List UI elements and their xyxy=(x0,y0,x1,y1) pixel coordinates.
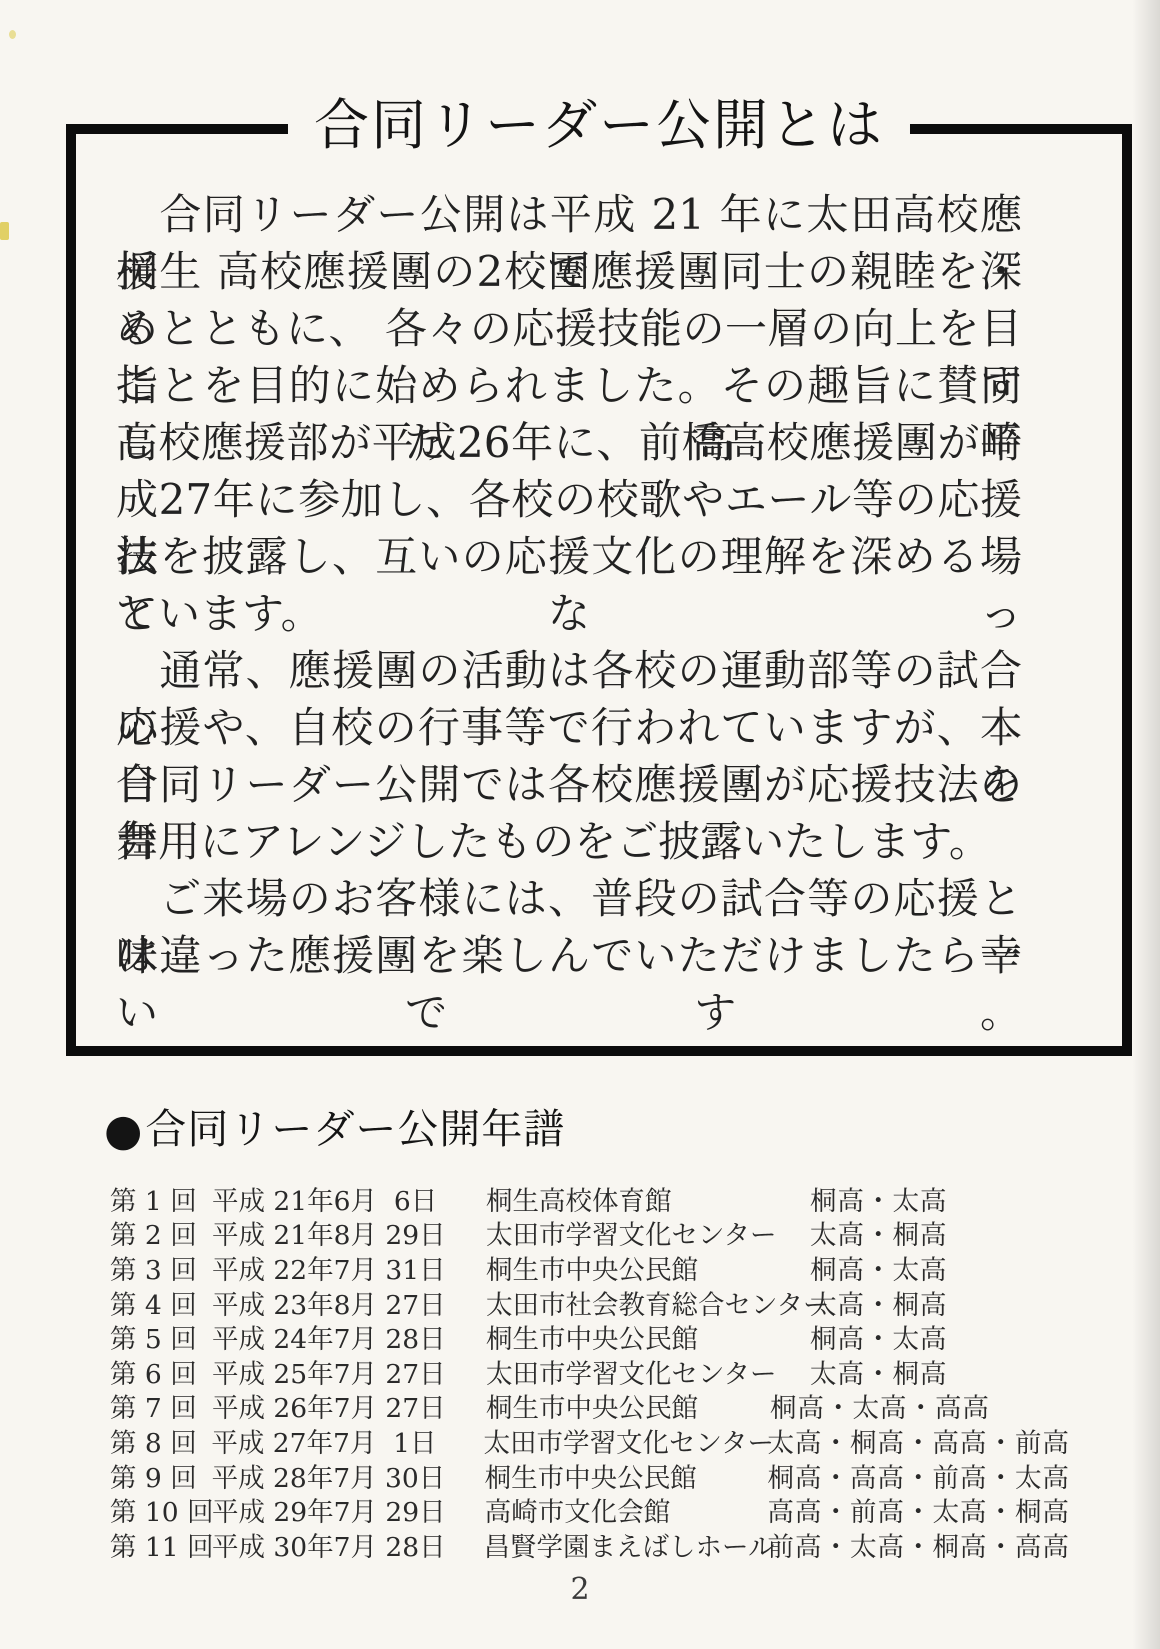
event-venue: 桐生市中央公民館 xyxy=(486,1317,770,1356)
chronology-row: 第 11 回 平成 30年7月 28日 昌賢学園まえばしホール 前高・太高・桐高… xyxy=(110,1527,1070,1562)
event-number: 第 6 回 xyxy=(110,1352,212,1391)
event-number: 第 7 回 xyxy=(110,1386,212,1425)
event-venue: 桐生高校体育館 xyxy=(486,1179,770,1218)
event-number: 第 10 回 xyxy=(110,1490,212,1529)
event-participants: 太高・桐高 xyxy=(770,1283,1070,1322)
event-date: 平成 21年6月 6日 xyxy=(212,1179,486,1218)
intro-text-line: 合同リーダー公開では各校應援團が応援技法を舞 xyxy=(116,756,1022,813)
intro-text-line: ご来場のお客様には、普段の試合等の応援とは一 xyxy=(116,870,1022,927)
event-participants: 桐高・太高 xyxy=(770,1179,1070,1218)
chronology-row: 第 8 回 平成 27年7月 1日 太田市学習文化センター 太高・桐高・高高・前… xyxy=(110,1423,1070,1458)
event-venue: 昌賢学園まえばしホール xyxy=(484,1525,768,1564)
event-date: 平成 27年7月 1日 xyxy=(211,1421,483,1460)
chronology-heading: ●合同リーダー公開年譜 xyxy=(104,1098,565,1164)
chronology-title: 合同リーダー公開年譜 xyxy=(145,1105,565,1153)
intro-box-body: 合同リーダー公開は平成 21 年に太田高校應援團・ 桐生 高校應援團の2校で應援… xyxy=(116,186,1022,984)
event-date: 平成 26年7月 27日 xyxy=(212,1386,486,1425)
document-page: 合同リーダー公開とは 合同リーダー公開は平成 21 年に太田高校應援團・ 桐生 … xyxy=(0,0,1160,1649)
intro-text-line: 高校應援部が平成26年に、前橋高校應援團が平 xyxy=(116,414,1022,471)
intro-text-line: 応援や、自校の行事等で行われていますが、本日の xyxy=(116,699,1022,756)
event-venue: 桐生市中央公民館 xyxy=(486,1386,770,1425)
event-participants: 高高・前高・太高・桐高 xyxy=(768,1490,1071,1529)
intro-text-line: 桐生 高校應援團の2校で應援團同士の親睦を深め xyxy=(116,243,1022,300)
event-participants: 太高・桐高 xyxy=(770,1352,1070,1391)
intro-text-line: 法を披露し、互いの応援文化の理解を深める場となっ xyxy=(116,528,1022,585)
event-date: 平成 30年7月 28日 xyxy=(212,1525,484,1564)
chronology-row: 第 9 回 平成 28年7月 30日 桐生市中央公民館 桐高・高高・前高・太高 xyxy=(110,1458,1070,1493)
intro-text-line: るとともに、 各々の応援技能の一層の向上を目指す xyxy=(116,300,1022,357)
event-participants: 太高・桐高 xyxy=(770,1213,1070,1252)
event-date: 平成 23年8月 27日 xyxy=(212,1283,486,1322)
event-date: 平成 22年7月 31日 xyxy=(212,1248,486,1287)
scan-edge-shadow xyxy=(1132,0,1160,1649)
event-participants: 桐高・高高・前高・太高 xyxy=(768,1456,1071,1495)
event-venue: 桐生市中央公民館 xyxy=(485,1456,768,1495)
scan-speck xyxy=(0,222,9,240)
event-venue: 太田市学習文化センター xyxy=(486,1352,770,1391)
event-date: 平成 28年7月 30日 xyxy=(212,1456,485,1495)
event-number: 第 5 回 xyxy=(110,1317,212,1356)
event-venue: 太田市社会教育総合センター xyxy=(486,1283,770,1322)
chronology-row: 第 2 回 平成 21年8月 29日 太田市学習文化センター 太高・桐高 xyxy=(110,1216,1070,1251)
chronology-row: 第 10 回 平成 29年7月 29日 高崎市文化会館 高高・前高・太高・桐高 xyxy=(110,1492,1070,1527)
event-number: 第 11 回 xyxy=(110,1525,212,1564)
scan-speck xyxy=(9,30,16,39)
intro-text-line: 合同リーダー公開は平成 21 年に太田高校應援團・ xyxy=(116,186,1022,243)
event-participants: 桐高・太高 xyxy=(770,1248,1070,1287)
event-number: 第 9 回 xyxy=(110,1456,212,1495)
chronology-row: 第 3 回 平成 22年7月 31日 桐生市中央公民館 桐高・太高 xyxy=(110,1250,1070,1285)
event-number: 第 3 回 xyxy=(110,1248,212,1287)
event-number: 第 4 回 xyxy=(110,1283,212,1322)
event-participants: 桐高・太高・高高 xyxy=(770,1386,1070,1425)
event-venue: 桐生市中央公民館 xyxy=(486,1248,770,1287)
chronology-row: 第 6 回 平成 25年7月 27日 太田市学習文化センター 太高・桐高 xyxy=(110,1354,1070,1389)
event-date: 平成 29年7月 29日 xyxy=(212,1490,485,1529)
event-date: 平成 24年7月 28日 xyxy=(212,1317,486,1356)
intro-text-line: 成27年に参加し、各校の校歌やエール等の応援技 xyxy=(116,471,1022,528)
event-venue: 太田市学習文化センター xyxy=(486,1213,770,1252)
event-number: 第 2 回 xyxy=(110,1213,212,1252)
bullet-icon: ● xyxy=(104,1105,143,1156)
intro-text-line: 味違った應援團を楽しんでいただけましたら幸いです。 xyxy=(116,927,1022,984)
event-venue: 太田市学習文化センター xyxy=(484,1421,768,1460)
event-participants: 桐高・太高 xyxy=(770,1317,1070,1356)
event-venue: 高崎市文化会館 xyxy=(485,1490,768,1529)
event-participants: 前高・太高・桐高・高高 xyxy=(768,1525,1071,1564)
intro-text-line: 通常、應援團の活動は各校の運動部等の試合の xyxy=(116,642,1022,699)
chronology-row: 第 7 回 平成 26年7月 27日 桐生市中央公民館 桐高・太高・高高 xyxy=(110,1389,1070,1424)
event-date: 平成 21年8月 29日 xyxy=(212,1213,486,1252)
chronology-list: 第 1 回 平成 21年6月 6日 桐生高校体育館 桐高・太高 第 2 回 平成… xyxy=(110,1181,1070,1562)
chronology-row: 第 4 回 平成 23年8月 27日 太田市社会教育総合センター 太高・桐高 xyxy=(110,1285,1070,1320)
event-participants: 太高・桐高・高高・前高 xyxy=(768,1421,1071,1460)
intro-box: 合同リーダー公開とは 合同リーダー公開は平成 21 年に太田高校應援團・ 桐生 … xyxy=(66,124,1132,1056)
event-number: 第 8 回 xyxy=(110,1421,211,1460)
chronology-row: 第 1 回 平成 21年6月 6日 桐生高校体育館 桐高・太高 xyxy=(110,1181,1070,1216)
event-date: 平成 25年7月 27日 xyxy=(212,1352,486,1391)
intro-box-title: 合同リーダー公開とは xyxy=(288,86,910,166)
chronology-row: 第 5 回 平成 24年7月 28日 桐生市中央公民館 桐高・太高 xyxy=(110,1319,1070,1354)
intro-text-line: ことを目的に始められました。その趣旨に賛同した高崎 xyxy=(116,357,1022,414)
event-number: 第 1 回 xyxy=(110,1179,212,1218)
page-number: 2 xyxy=(0,1572,1160,1607)
intro-text-line: 台用にアレンジしたものをご披露いたします。 xyxy=(116,813,1022,870)
